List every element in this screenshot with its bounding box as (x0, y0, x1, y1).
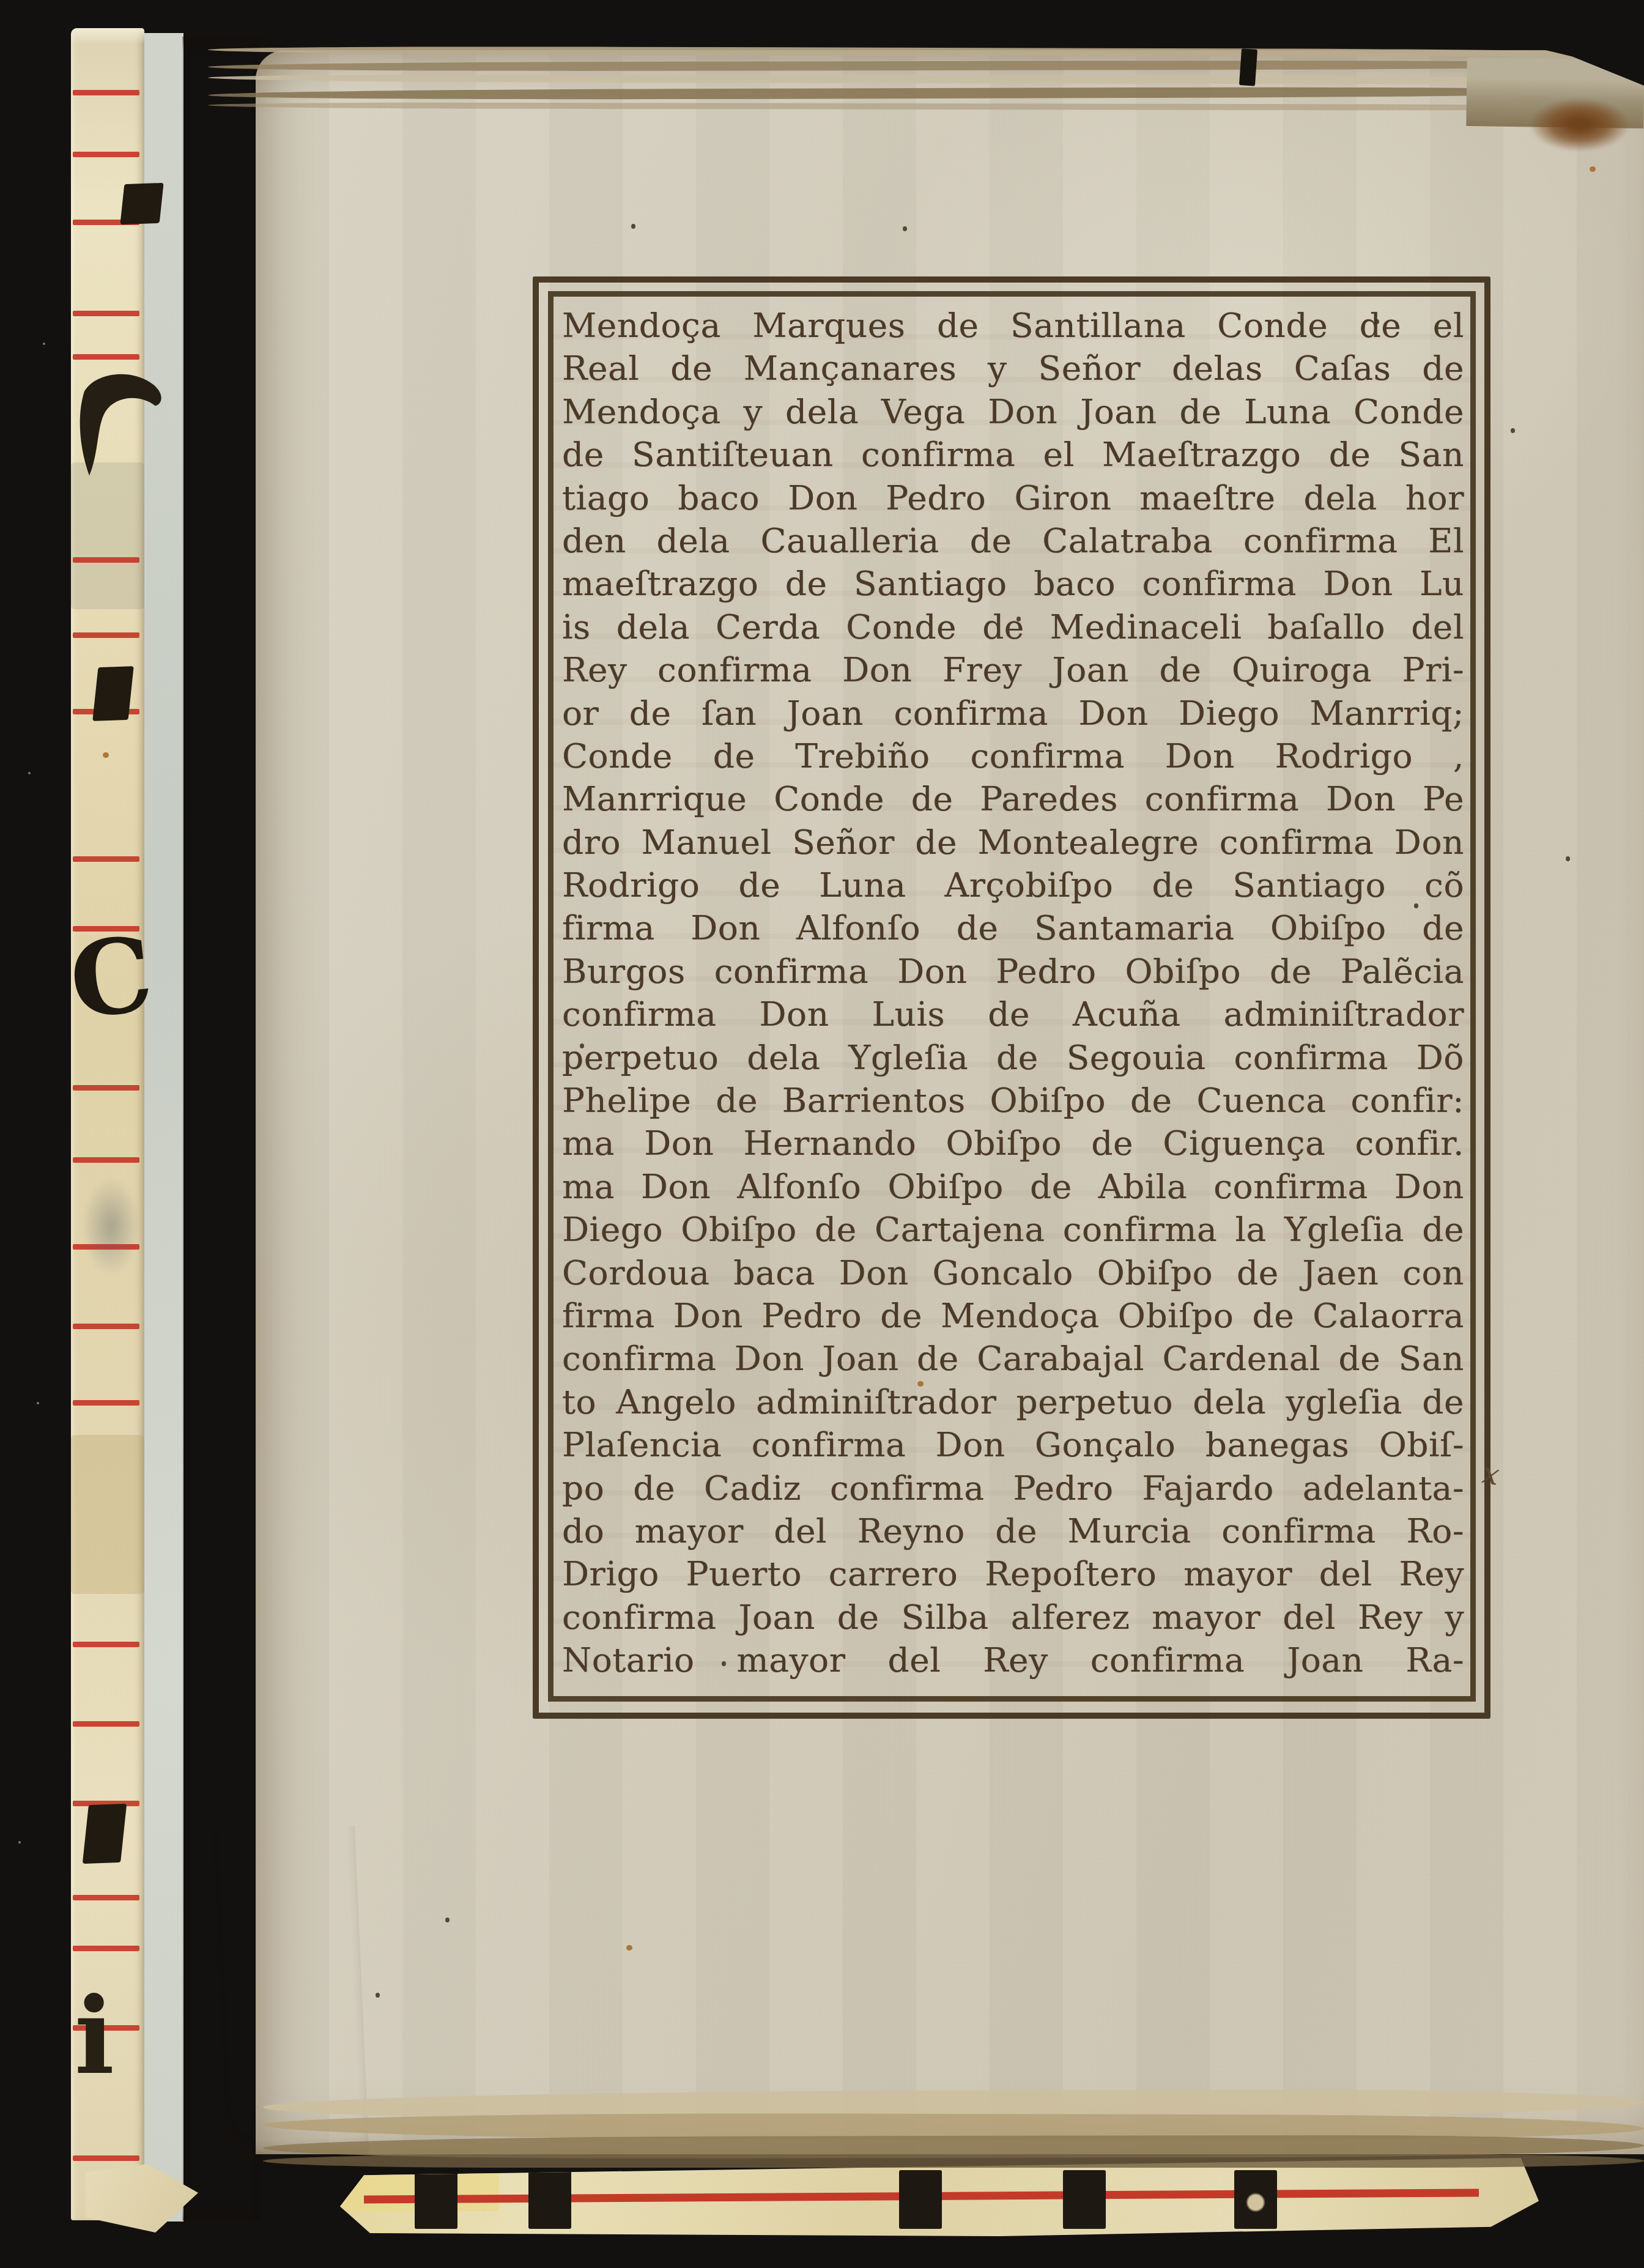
text-line: or de ſan Joan confirma Don Diego Manrri… (562, 692, 1464, 735)
text-line: Cordoua baca Don Goncalo Obiſpo de Jaen … (562, 1251, 1464, 1294)
dust-speck (28, 772, 31, 774)
text-line: Plaſencia confirma Don Gonçalo banegas O… (562, 1423, 1464, 1466)
rust-speck (1590, 166, 1596, 172)
text-line: to Angelo adminiſtrador perpetuo dela yg… (562, 1380, 1464, 1423)
text-line: tiago baco Don Pedro Giron maeſtre dela … (562, 476, 1464, 519)
text-frame-inner: Mendoça Marques de Santillana Conde de e… (548, 291, 1476, 1702)
text-line: den dela Caualleria de Calatraba confirm… (562, 519, 1464, 562)
text-line: dro Manuel Señor de Montealegre confirma… (562, 821, 1464, 864)
tissue-page-edge (144, 33, 183, 2222)
red-staff-line (73, 557, 139, 563)
manuscript-scan-photo: Mendoça Marques de Santillana Conde de e… (0, 0, 1644, 2268)
text-frame-outer: Mendoça Marques de Santillana Conde de e… (533, 276, 1490, 1719)
text-line: ma Don Hernando Obiſpo de Ciguença confi… (562, 1122, 1464, 1165)
red-staff-line (73, 1721, 139, 1727)
text-line: Real de Mançanares y Señor delas Caſas d… (562, 347, 1464, 390)
page-top-edge-layer (208, 74, 1644, 85)
neume-square-icon (1234, 2170, 1277, 2229)
page-top-edges (208, 46, 1644, 120)
text-line: Mendoça Marques de Santillana Conde de e… (562, 304, 1464, 347)
ink-speck (1414, 903, 1418, 908)
red-staff-line (73, 1895, 139, 1900)
letter-i-mark: i (68, 1979, 120, 2092)
red-staff-line (73, 1400, 139, 1406)
text-line: perpetuo dela Ygleſia de Segouia confirm… (562, 1036, 1464, 1079)
dust-speck (18, 1841, 21, 1844)
red-staff-line (73, 632, 139, 638)
text-line: Burgos confirma Don Pedro Obiſpo de Palẽ… (562, 950, 1464, 993)
red-staff-line (73, 1324, 139, 1329)
dust-speck (43, 343, 45, 345)
text-line: Mendoça y dela Vega Don Joan de Luna Con… (562, 390, 1464, 433)
text-line: po de Cadiz confirma Pedro Fajardo adela… (562, 1467, 1464, 1510)
neume-square-icon (92, 666, 134, 721)
ink-speck (1016, 617, 1021, 621)
text-line: Drigo Puerto carrero Repoſtero mayor del… (562, 1552, 1464, 1595)
text-line: Phelipe de Barrientos Obiſpo de Cuenca c… (562, 1079, 1464, 1122)
neume-square-icon (83, 1804, 127, 1864)
red-staff-line (73, 311, 139, 316)
page-top-edge-layer (208, 46, 1644, 57)
c-clef-icon: C (70, 926, 153, 1028)
bottom-pages-edge (340, 2158, 1539, 2236)
red-staff-line (73, 856, 139, 862)
page-top-edge-layer (208, 102, 1644, 111)
ink-speck (1566, 856, 1570, 861)
neume-square-icon (528, 2170, 571, 2229)
ink-smudge (82, 1177, 140, 1275)
text-line: Notario mayor del Rey confirma Joan Ra- (562, 1639, 1464, 1681)
text-line: Manrrique Conde de Paredes confirma Don … (562, 777, 1464, 820)
neume-square-icon (120, 183, 163, 224)
text-line: Conde de Trebiño confirma Don Rodrigo , (562, 735, 1464, 777)
text-line: Diego Obiſpo de Cartajena confirma la Yg… (562, 1208, 1464, 1251)
neume-square-icon (415, 2170, 457, 2229)
page-top-edge-layer (208, 86, 1644, 100)
rust-speck (103, 752, 109, 758)
strip-tint (71, 1435, 144, 1594)
dust-speck (37, 1402, 39, 1404)
red-staff-line (73, 152, 139, 157)
ink-speck (903, 226, 907, 231)
bottom-left-leaf-fan (210, 1826, 369, 2167)
text-line: firma Don Pedro de Mendoça Obiſpo de Cal… (562, 1294, 1464, 1337)
ink-speck (1375, 319, 1379, 324)
ink-speck (1511, 428, 1515, 433)
ink-speck (445, 1918, 450, 1922)
page-edge-notch (1239, 48, 1257, 86)
text-line: Rodrigo de Luna Arçobiſpo de Santiago cõ (562, 864, 1464, 906)
red-staff-line (73, 1946, 139, 1951)
text-line: de Santiſteuan confirma el Maeſtrazgo de… (562, 433, 1464, 476)
text-line: is dela Cerda Conde de Medinaceli baſall… (562, 606, 1464, 648)
corner-stain (1516, 91, 1644, 159)
chant-edge-strip (71, 28, 144, 2220)
rust-speck (917, 1381, 924, 1387)
red-staff-line (73, 1157, 139, 1163)
ink-speck (722, 1661, 726, 1666)
custos-swash-icon (72, 366, 170, 481)
rust-speck (626, 1945, 632, 1951)
text-line: confirma Don Luis de Acuña adminiſtrador (562, 993, 1464, 1036)
page-bottom-edge-layer (263, 2154, 1644, 2168)
manuscript-text: Mendoça Marques de Santillana Conde de e… (562, 304, 1464, 1696)
text-line: Rey confirma Don Frey Joan de Quiroga Pr… (562, 648, 1464, 691)
ink-speck (631, 224, 635, 229)
ink-speck (376, 1993, 380, 1998)
neume-square-icon (899, 2170, 942, 2229)
text-line: confirma Joan de Silba alferez mayor del… (562, 1596, 1464, 1639)
text-line: ma Don Alfonſo Obiſpo de Abila confirma … (562, 1165, 1464, 1208)
red-staff-line (73, 1085, 139, 1091)
text-line: firma Don Alfonſo de Santamaria Obiſpo d… (562, 906, 1464, 949)
ink-speck (580, 1043, 584, 1048)
page-top-edge-layer (208, 60, 1644, 72)
red-staff-line (73, 1642, 139, 1647)
red-staff-line (73, 90, 139, 95)
strip-tint (71, 462, 144, 609)
text-line: maeſtrazgo de Santiago baco confirma Don… (562, 562, 1464, 605)
neume-square-icon (1063, 2170, 1106, 2229)
red-staff-line (73, 354, 139, 360)
text-line: confirma Don Joan de Carabajal Cardenal … (562, 1337, 1464, 1380)
red-staff-line (73, 2155, 139, 2161)
text-line: do mayor del Reyno de Murcia confirma Ro… (562, 1510, 1464, 1552)
